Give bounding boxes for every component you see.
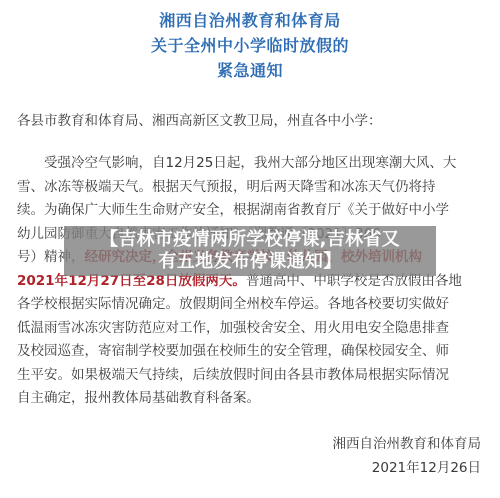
title-line-subject: 关于全州中小学临时放假的 xyxy=(0,33,500,58)
body-line: 各学校根据实际情况确定。放假期间全州校车停运。各地各校要切实做好 xyxy=(17,293,487,317)
body-line: 低温雨雪冰冻灾害防范应对工作，加强校舍安全、用火用电安全隐患排查 xyxy=(17,317,487,341)
overlay-headline-line: 有五地发布停课通知】 xyxy=(159,251,342,273)
body-line: 生平安。如果极端天气持续，后续放假时间由各县市教体局根据实际情况 xyxy=(17,364,487,388)
notice-body: 受强冷空气影响，自12月25日起，我州大部分地区出现寒潮大风、大 雪、冰冻等极端… xyxy=(17,152,487,411)
body-line: 雪、冰冻等极端天气。根据天气预报，明后两天降雪和冰冻天气仍将持 xyxy=(17,176,487,200)
overlay-headline-line: 【吉林市疫情两所学校停课,吉林省又 xyxy=(100,229,400,251)
body-line: 续。为确保广大师生生命财产安全，根据湖南省教育厅《关于做好中小学 xyxy=(17,199,487,223)
title-line-type: 紧急通知 xyxy=(0,58,500,83)
body-line: 及校园巡查，寄宿制学校要加强在校师生的安全管理，确保校园安全、师 xyxy=(17,340,487,364)
signature-org: 湘西自治州教育和体育局 xyxy=(333,432,482,452)
headline-overlay-banner: 【吉林市疫情两所学校停课,吉林省又 有五地发布停课通知】 xyxy=(64,226,436,276)
body-line: 受强冷空气影响，自12月25日起，我州大部分地区出现寒潮大风、大 xyxy=(17,152,487,176)
salutation: 各县市教育和体育局、湘西高新区文教卫局，州直各中小学： xyxy=(17,109,382,129)
notice-title: 湘西自治州教育和体育局 关于全州中小学临时放假的 紧急通知 xyxy=(0,8,500,83)
signature-date: 2021年12月26日 xyxy=(372,456,481,476)
title-line-issuer: 湘西自治州教育和体育局 xyxy=(0,8,500,33)
body-line: 自主确定，报州教体局基础教育科备案。 xyxy=(17,387,487,411)
